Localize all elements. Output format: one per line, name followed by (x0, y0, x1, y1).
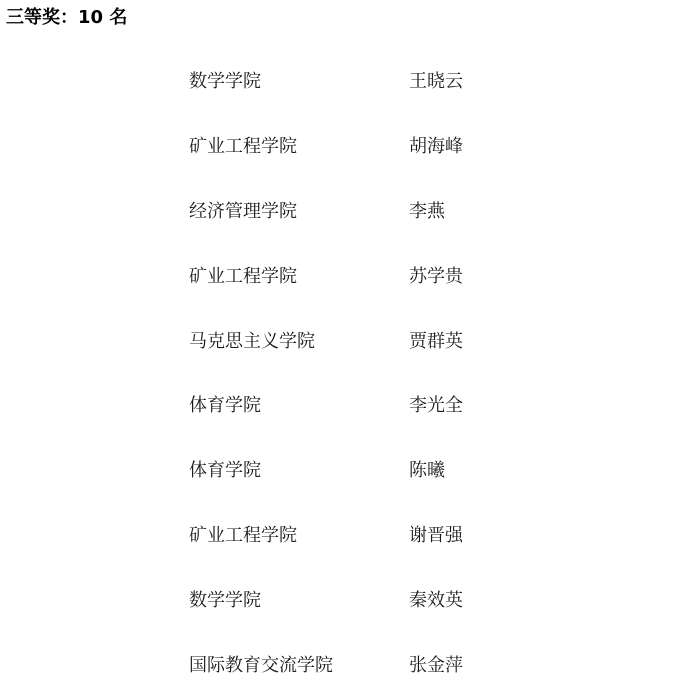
college-name: 数学学院 (189, 589, 261, 613)
person-name: 李燕 (409, 200, 445, 224)
college-name: 体育学院 (189, 459, 261, 483)
college-name: 马克思主义学院 (189, 330, 315, 354)
awardee-row: 体育学院 李光全 (0, 394, 694, 418)
awardee-row: 数学学院 王晓云 (0, 70, 694, 94)
college-name: 国际教育交流学院 (189, 654, 333, 678)
college-name: 矿业工程学院 (189, 135, 297, 159)
college-name: 矿业工程学院 (189, 524, 297, 548)
awardee-row: 数学学院 秦效英 (0, 589, 694, 613)
awardee-row: 马克思主义学院 贾群英 (0, 330, 694, 354)
awardee-row: 体育学院 陈曦 (0, 459, 694, 483)
award-heading: 三等奖：10 名 (6, 6, 127, 30)
college-name: 经济管理学院 (189, 200, 297, 224)
person-name: 苏学贵 (409, 265, 463, 289)
awardee-row: 矿业工程学院 谢晋强 (0, 524, 694, 548)
person-name: 王晓云 (409, 70, 463, 94)
college-name: 矿业工程学院 (189, 265, 297, 289)
person-name: 李光全 (409, 394, 463, 418)
person-name: 秦效英 (409, 589, 463, 613)
awardee-row: 国际教育交流学院 张金萍 (0, 654, 694, 678)
college-name: 体育学院 (189, 394, 261, 418)
awardee-row: 矿业工程学院 苏学贵 (0, 265, 694, 289)
person-name: 张金萍 (409, 654, 463, 678)
college-name: 数学学院 (189, 70, 261, 94)
awardee-row: 经济管理学院 李燕 (0, 200, 694, 224)
person-name: 胡海峰 (409, 135, 463, 159)
awardee-row: 矿业工程学院 胡海峰 (0, 135, 694, 159)
person-name: 陈曦 (409, 459, 445, 483)
person-name: 贾群英 (409, 330, 463, 354)
person-name: 谢晋强 (409, 524, 463, 548)
